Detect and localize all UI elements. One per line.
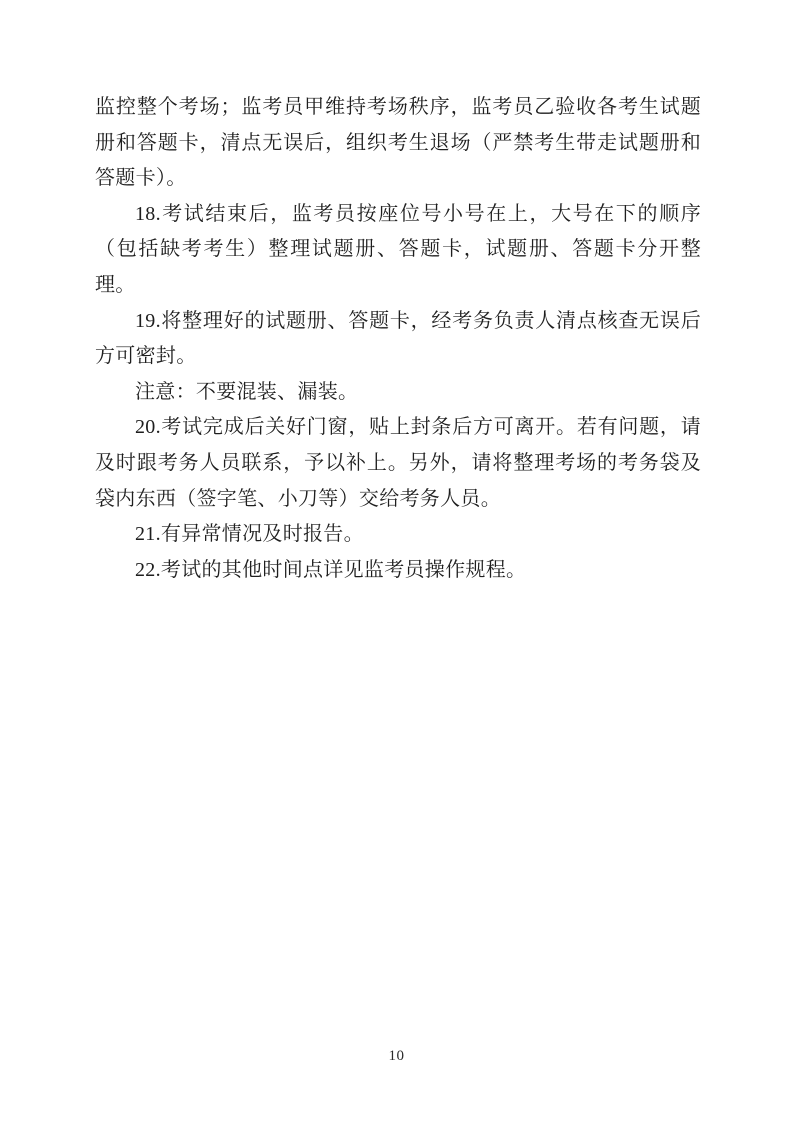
paragraph-note: 注意：不要混装、漏装。 <box>95 375 701 411</box>
paragraph-item-18: 18.考试结束后，监考员按座位号小号在上，大号在下的顺序（包括缺考考生）整理试题… <box>95 197 701 304</box>
page-number: 10 <box>389 1048 405 1064</box>
document-page: 监控整个考场；监考员甲维持考场秩序，监考员乙验收各考生试题册和答题卡，清点无误后… <box>0 0 793 1122</box>
paragraph-continuation: 监控整个考场；监考员甲维持考场秩序，监考员乙验收各考生试题册和答题卡，清点无误后… <box>95 90 701 197</box>
paragraph-item-19: 19.将整理好的试题册、答题卡，经考务负责人清点核查无误后方可密封。 <box>95 304 701 375</box>
document-body: 监控整个考场；监考员甲维持考场秩序，监考员乙验收各考生试题册和答题卡，清点无误后… <box>95 90 701 588</box>
page-footer: 10 <box>0 1048 793 1065</box>
paragraph-item-20: 20.考试完成后关好门窗，贴上封条后方可离开。若有问题，请及时跟考务人员联系，予… <box>95 410 701 517</box>
paragraph-item-21: 21.有异常情况及时报告。 <box>95 517 701 553</box>
paragraph-item-22: 22.考试的其他时间点详见监考员操作规程。 <box>95 553 701 589</box>
